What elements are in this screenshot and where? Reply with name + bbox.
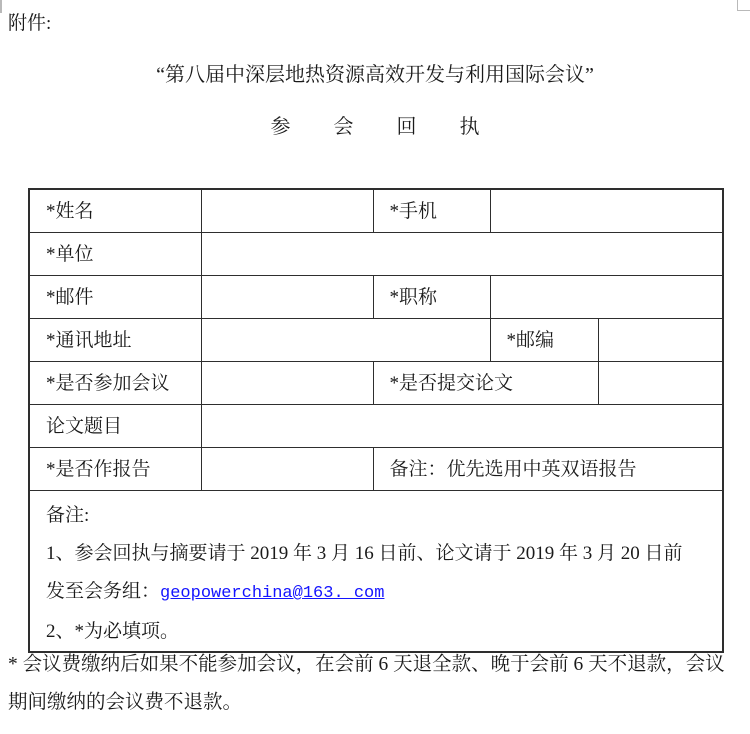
form-row-email-jobtitle: *邮件 *职称 xyxy=(29,276,723,319)
refund-policy-line-2: 期间缴纳的会议费不退款。 xyxy=(8,692,242,713)
field-label-postcode: *邮编 xyxy=(490,319,598,362)
field-label-job-title: *职称 xyxy=(373,276,490,319)
page-corner-mark-top-right-h xyxy=(737,10,750,11)
reply-form-title: 参会回执 xyxy=(0,110,750,139)
document-page: 附件: “第八届中深层地热资源高效开发与利用国际会议” 参会回执 *姓名 *手机… xyxy=(0,0,750,734)
refund-policy-note: * 会议费缴纳后如果不能参加会议，在会前 6 天退全款、晚于会前 6 天不退款，… xyxy=(8,646,748,722)
notes-cell: 备注: 1、参会回执与摘要请于 2019 年 3 月 16 日前、论文请于 20… xyxy=(29,491,723,653)
address-input-cell[interactable] xyxy=(201,319,490,362)
field-label-attend: *是否参加会议 xyxy=(29,362,201,405)
field-label-email: *邮件 xyxy=(29,276,201,319)
name-input-cell[interactable] xyxy=(201,189,373,233)
field-label-submit-paper: *是否提交论文 xyxy=(373,362,598,405)
mobile-input-cell[interactable] xyxy=(490,189,723,233)
form-row-address-postcode: *通讯地址 *邮编 xyxy=(29,319,723,362)
organization-input-cell[interactable] xyxy=(201,233,723,276)
field-label-presentation: *是否作报告 xyxy=(29,448,201,491)
field-label-mobile: *手机 xyxy=(373,189,490,233)
registration-form-table: *姓名 *手机 *单位 *邮件 *职称 *通讯地址 *邮编 xyxy=(28,188,724,653)
reply-form-title-text: 参会回执 xyxy=(271,116,523,138)
email-link[interactable]: geopowerchina@163. com xyxy=(160,584,384,603)
form-row-organization: *单位 xyxy=(29,233,723,276)
presentation-input-cell[interactable] xyxy=(201,448,373,491)
job-title-input-cell[interactable] xyxy=(490,276,723,319)
paper-title-input-cell[interactable] xyxy=(201,405,723,448)
notes-title: 备注: xyxy=(46,497,718,535)
field-label-organization: *单位 xyxy=(29,233,201,276)
notes-item-1-line-2-prefix: 发至会务组： xyxy=(46,581,160,602)
email-input-cell[interactable] xyxy=(201,276,373,319)
form-row-notes: 备注: 1、参会回执与摘要请于 2019 年 3 月 16 日前、论文请于 20… xyxy=(29,491,723,653)
form-row-paper-title: 论文题目 xyxy=(29,405,723,448)
form-row-attend-submitpaper: *是否参加会议 *是否提交论文 xyxy=(29,362,723,405)
presentation-note: 备注：优先选用中英双语报告 xyxy=(373,448,723,491)
field-label-paper-title: 论文题目 xyxy=(29,405,201,448)
field-label-name: *姓名 xyxy=(29,189,201,233)
conference-title: “第八届中深层地热资源高效开发与利用国际会议” xyxy=(0,58,750,87)
notes-item-1-line-1: 1、参会回执与摘要请于 2019 年 3 月 16 日前、论文请于 2019 年… xyxy=(46,535,718,573)
page-corner-mark-top-left xyxy=(0,0,2,13)
postcode-input-cell[interactable] xyxy=(598,319,723,362)
form-row-name-mobile: *姓名 *手机 xyxy=(29,189,723,233)
submit-paper-input-cell[interactable] xyxy=(598,362,723,405)
notes-item-1-line-2: 发至会务组：geopowerchina@163. com xyxy=(46,573,718,613)
attend-input-cell[interactable] xyxy=(201,362,373,405)
form-row-presentation: *是否作报告 备注：优先选用中英双语报告 xyxy=(29,448,723,491)
attachment-label: 附件: xyxy=(8,8,51,35)
field-label-address: *通讯地址 xyxy=(29,319,201,362)
refund-policy-line-1: * 会议费缴纳后如果不能参加会议，在会前 6 天退全款、晚于会前 6 天不退款，… xyxy=(8,654,725,675)
